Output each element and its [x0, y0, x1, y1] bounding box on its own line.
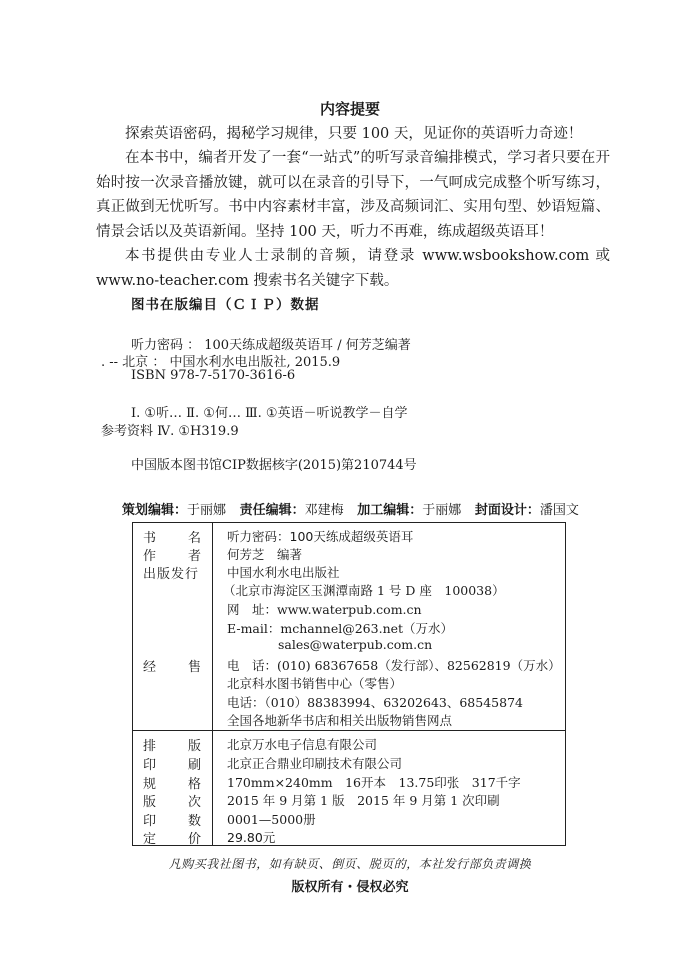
editor-value: 于丽娜 [187, 503, 226, 518]
editor-value: 邓建梅 [305, 503, 344, 518]
cip-line-isbn: ISBN 978-7-5170-3616-6 [131, 368, 295, 383]
summary-title: 内容提要 [0, 98, 700, 119]
row-value-print-run: 0001—5000册 [227, 810, 316, 828]
cip-title: 图书在版编目（ＣＩＰ）数据 [131, 293, 320, 313]
row-label: 书名 [143, 527, 201, 546]
publication-info-table: 书名 听力密码：100天练成超级英语耳 作者 何芳芝 编著 出版发行 中国水利水… [132, 522, 566, 846]
editor-value: 潘国文 [540, 503, 579, 518]
row-value-publisher: 中国水利水电出版社 [227, 563, 340, 581]
row-label: 作者 [143, 545, 201, 564]
editor-label: 策划编辑： [122, 503, 187, 518]
editor-label: 责任编辑： [240, 503, 305, 518]
cip-line-classification: Ⅰ. ①听… Ⅱ. ①何… Ⅲ. ①英语－听说教学－自学 [131, 402, 408, 421]
editor-label: 加工编辑： [357, 503, 422, 518]
summary-paragraph-1: 探索英语密码，揭秘学习规律，只要 100 天，见证你的英语听力奇迹！ [96, 122, 610, 147]
section-divider [133, 730, 565, 731]
row-label: 印数 [143, 810, 201, 829]
row-label: 经售 [143, 656, 201, 675]
row-value-edition: 2015 年 9 月第 1 版 2015 年 9 月第 1 次印刷 [227, 791, 500, 809]
row-value-typesetting: 北京万水电子信息有限公司 [227, 735, 377, 753]
row-value-price: 29.80元 [227, 828, 275, 846]
row-value-author: 何芳芝 编著 [227, 545, 302, 563]
cip-line-classification-cont: 参考资料 Ⅳ. ①H319.9 [101, 420, 239, 439]
row-value-phone: 电 话：(010) 68367658（发行部）、82562819（万水） [227, 656, 561, 674]
row-label: 印刷 [143, 754, 201, 773]
row-label: 规格 [143, 773, 201, 792]
row-label: 定价 [143, 828, 201, 847]
editor-value: 于丽娜 [422, 503, 461, 518]
summary-paragraph-3: 本书提供由专业人士录制的音频，请登录 www.wsbookshow.com 或 … [96, 244, 610, 293]
row-label: 版次 [143, 791, 201, 810]
copyright-notice: 版权所有・侵权必究 [0, 876, 700, 895]
row-value-printing: 北京正合鼎业印刷技术有限公司 [227, 754, 402, 772]
column-divider [212, 523, 213, 845]
editor-label: 封面设计： [475, 503, 540, 518]
replacement-notice: 凡购买我社图书，如有缺页、倒页、脱页的，本社发行部负责调换 [0, 855, 700, 872]
row-value-address: （北京市海淀区玉渊潭南路 1 号 D 座 100038） [223, 581, 505, 599]
row-value-website: 网 址：www.waterpub.com.cn [227, 600, 422, 618]
cip-record-number: 中国版本图书馆CIP数据核字(2015)第210744号 [131, 454, 417, 473]
summary-paragraph-2: 在本书中，编者开发了一套“一站式”的听写录音编排模式，学习者只要在开始时按一次录… [96, 146, 610, 244]
row-value-outlets: 全国各地新华书店和相关出版物销售网点 [227, 711, 452, 729]
row-label: 排版 [143, 735, 201, 754]
row-value-retail-center: 北京科水图书销售中心（零售） [227, 674, 402, 692]
row-value-spec: 170mm×240mm 16开本 13.75印张 317千字 [227, 773, 521, 791]
row-value-email: E-mail：mchannel@263.net（万水） [227, 619, 453, 637]
row-value-retail-phone: 电话：（010）88383994、63202643、68545874 [227, 693, 523, 711]
row-value-email-2: sales@waterpub.com.cn [278, 637, 432, 652]
row-value-title: 听力密码：100天练成超级英语耳 [227, 527, 413, 545]
row-label: 出版发行 [143, 563, 201, 582]
editors-line: 策划编辑：于丽娜 责任编辑：邓建梅 加工编辑：于丽娜 封面设计：潘国文 [122, 499, 579, 518]
